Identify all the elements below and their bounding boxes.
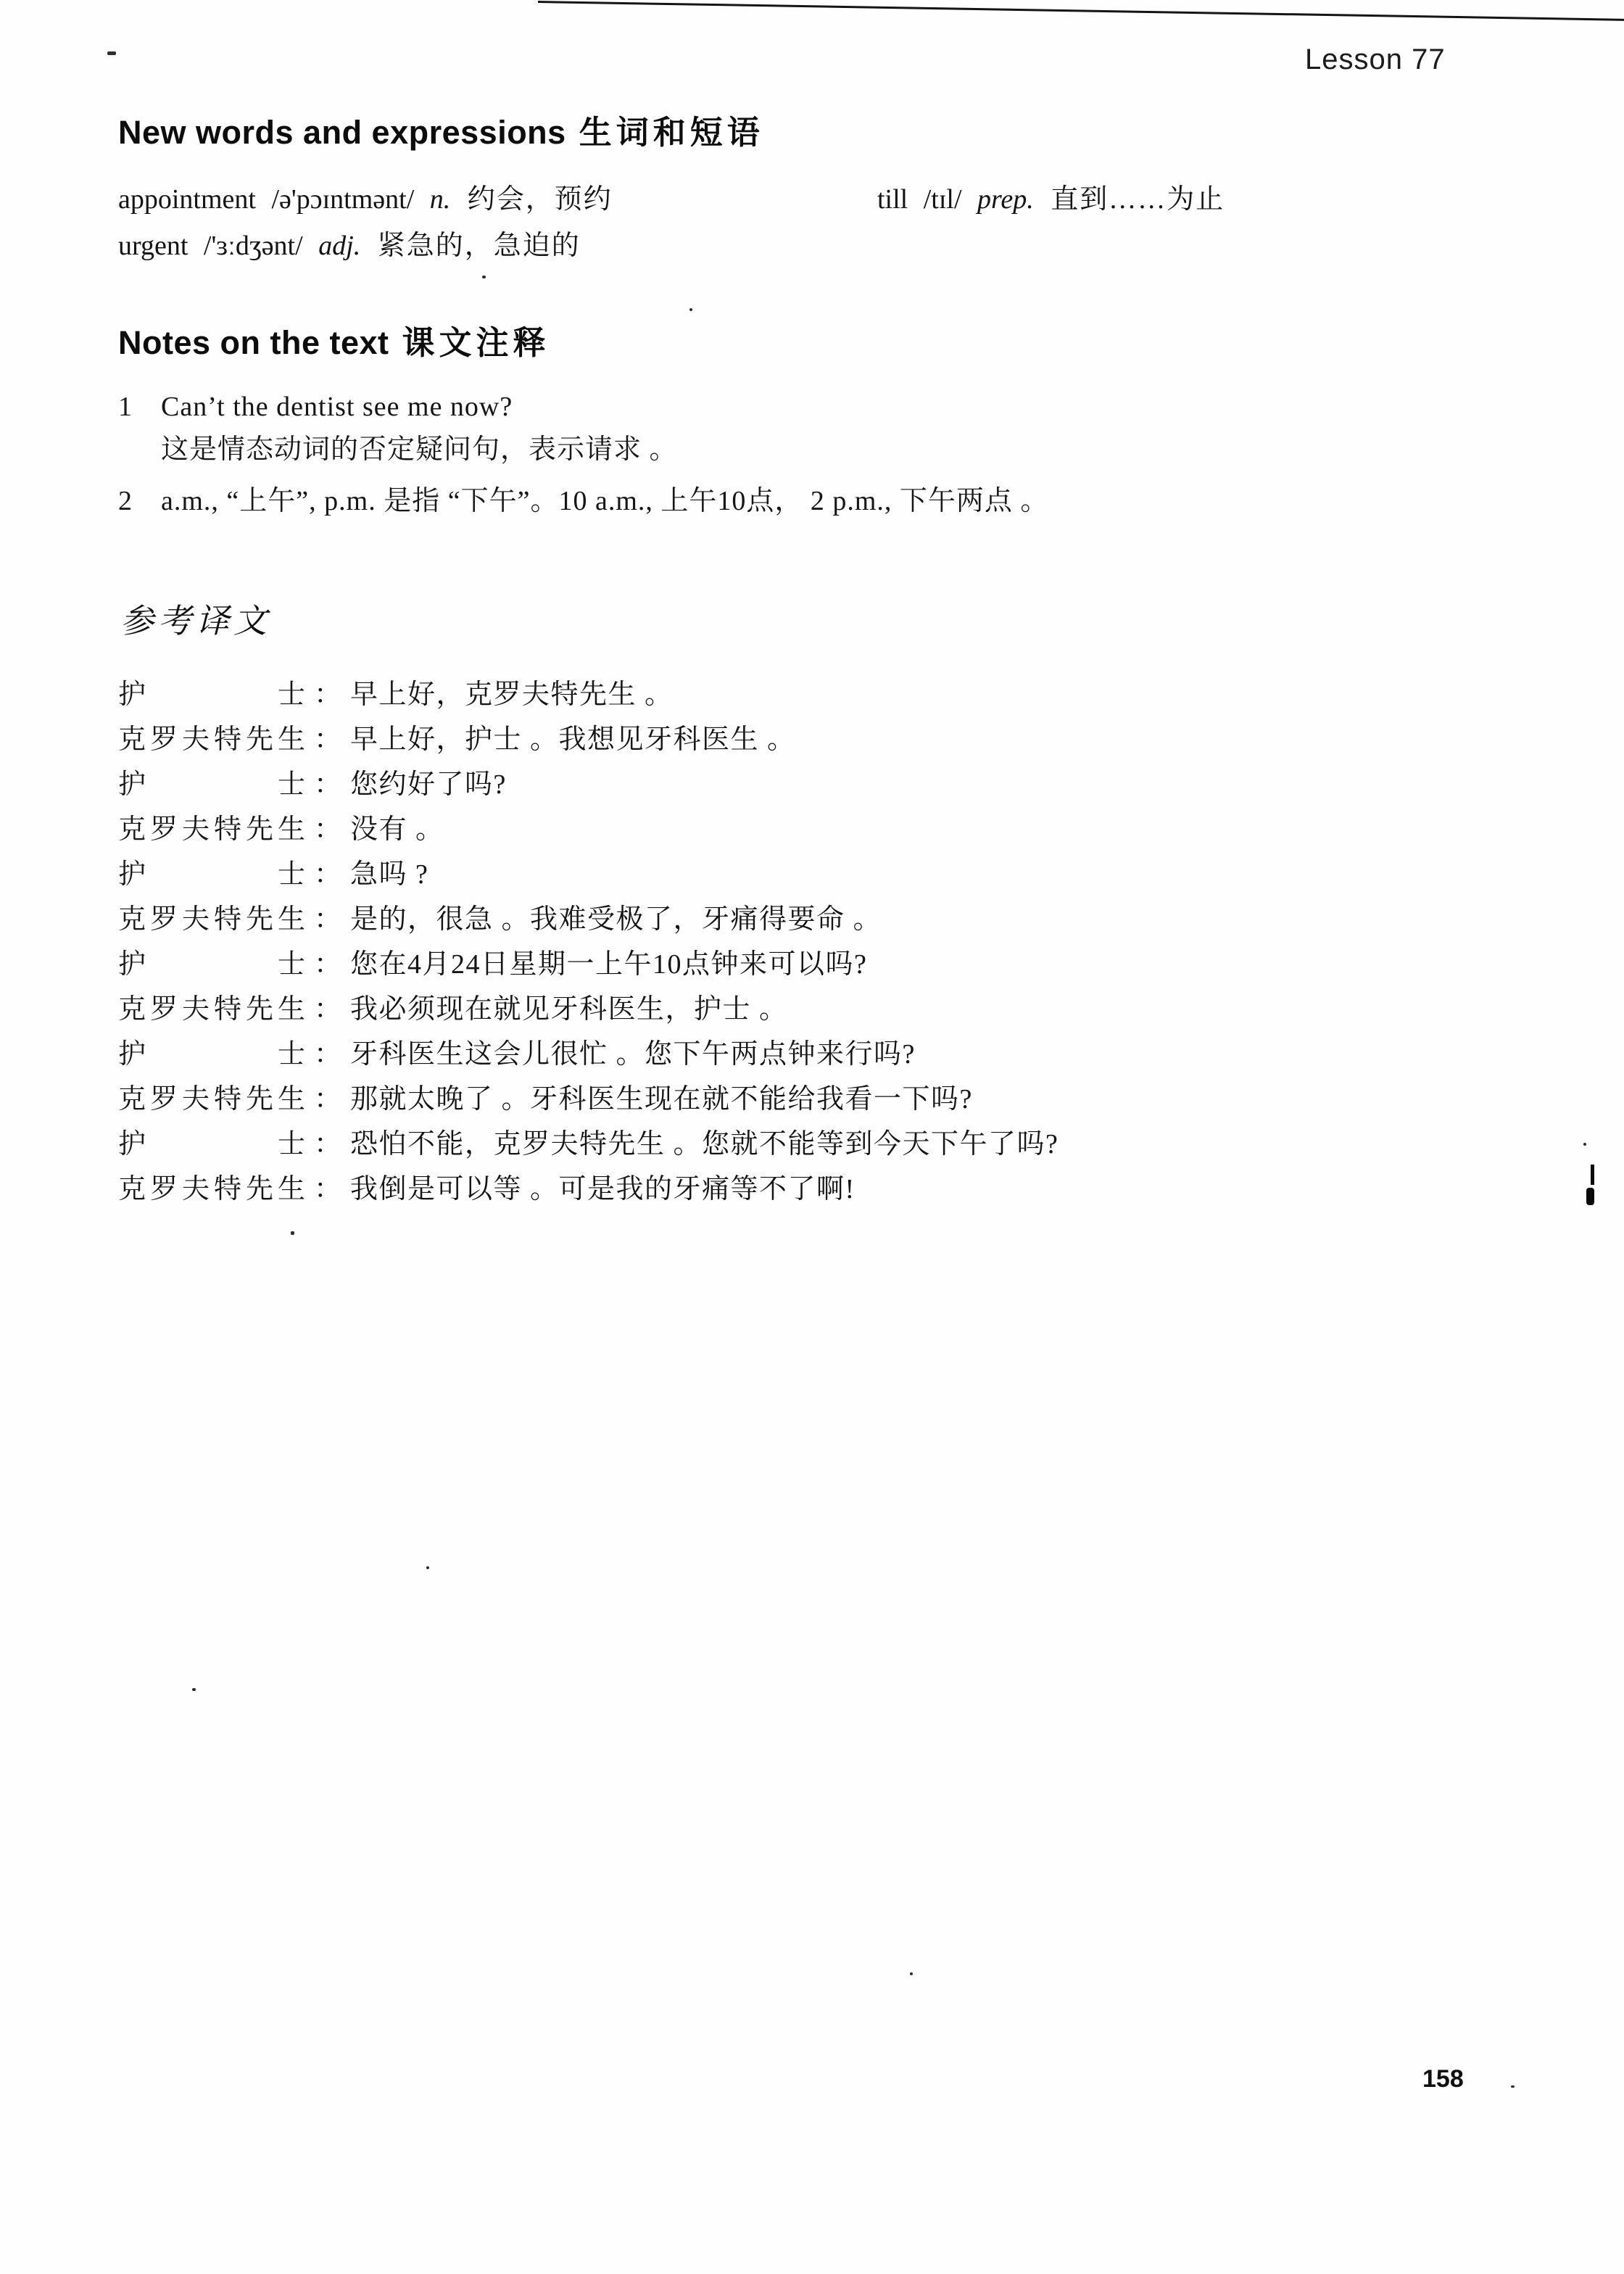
dialogue-speaker: 护士 [118, 761, 305, 801]
note-number: 2 [118, 480, 161, 523]
notes-heading: Notes on the text课文注释 [118, 316, 550, 363]
header-rule [538, 1, 1624, 21]
scan-artifact [482, 276, 486, 278]
dialogue-row: 克罗夫特先生 ： 早上好，护士 。我想见牙科医生 。 [118, 714, 1058, 758]
scan-artifact [107, 51, 116, 55]
dialogue-colon: ： [305, 1121, 350, 1161]
note-number: 1 [118, 386, 161, 429]
dialogue-text: 我必须现在就见牙科医生，护士 。 [350, 986, 788, 1026]
dialogue-text: 急吗 ? [350, 851, 428, 891]
dialogue-text: 是的，很急 。我难受极了，牙痛得要命 。 [350, 896, 882, 936]
vocab-phonetic: /'ɜːdʒənt/ [204, 231, 303, 261]
vocab-entry-urgent: urgent /'ɜːdʒənt/ adj. 紧急的，急迫的 [118, 223, 581, 262]
dialogue-colon: ： [305, 1166, 350, 1206]
translation-heading: 参考译文 [120, 595, 271, 642]
new-words-heading: New words and expressions生词和短语 [118, 106, 764, 153]
dialogue-speaker: 克罗夫特先生 [118, 896, 305, 936]
dialogue-colon: ： [305, 896, 350, 936]
vocab-word: till [877, 184, 908, 215]
vocab-word: appointment [118, 184, 256, 215]
dialogue-row: 克罗夫特先生 ： 没有 。 [118, 803, 1058, 848]
vocab-word: urgent [118, 231, 188, 261]
dialogue-row: 护士 ： 恐怕不能，克罗夫特先生 。您就不能等到今天下午了吗? [118, 1118, 1058, 1163]
dialogue-speaker: 克罗夫特先生 [118, 1166, 305, 1206]
scan-artifact [192, 1688, 196, 1691]
dialogue-colon: ： [305, 851, 350, 891]
notes-heading-en: Notes on the text [118, 324, 389, 361]
dialogue-speaker: 克罗夫特先生 [118, 806, 305, 846]
dialogue-text: 早上好，护士 。我想见牙科医生 。 [350, 716, 796, 756]
scan-artifact [426, 1566, 429, 1569]
note-line: Can’t the dentist see me now? [161, 386, 678, 429]
page-number: 158 [1422, 2065, 1464, 2093]
scan-artifact [291, 1231, 294, 1235]
dialogue-text: 您约好了吗? [350, 761, 507, 801]
vocab-meaning: 约会，预约 [468, 184, 613, 215]
dialogue-row: 克罗夫特先生 ： 是的，很急 。我难受极了，牙痛得要命 。 [118, 893, 1058, 938]
dialogue-row: 护士 ： 牙科医生这会儿很忙 。您下午两点钟来行吗? [118, 1028, 1058, 1073]
dialogue-row: 克罗夫特先生 ： 我必须现在就见牙科医生，护士 。 [118, 983, 1058, 1028]
vocab-phonetic: /tɪl/ [924, 184, 962, 215]
notes-heading-zh: 课文注释 [402, 324, 550, 361]
vocab-meaning: 紧急的，急迫的 [378, 231, 581, 261]
dialogue-text: 您在4月24日星期一上午10点钟来可以吗? [350, 941, 867, 981]
dialogue-text: 没有 。 [350, 806, 444, 846]
scan-artifact [1511, 2085, 1515, 2088]
dialogue-text: 早上好，克罗夫特先生 。 [350, 671, 674, 711]
dialogue-colon: ： [305, 671, 350, 711]
dialogue-text: 牙科医生这会儿很忙 。您下午两点钟来行吗? [350, 1031, 916, 1071]
scan-edge-mark [1586, 1188, 1594, 1205]
note-line: a.m., “上午”, p.m. 是指 “下午”。10 a.m., 上午10点，… [161, 480, 1048, 523]
dialogue-colon: ： [305, 941, 350, 981]
dialogue-row: 护士 ： 您在4月24日星期一上午10点钟来可以吗? [118, 938, 1058, 983]
dialogue-speaker: 护士 [118, 671, 305, 711]
dialogue-speaker: 护士 [118, 1121, 305, 1161]
dialogue-speaker: 克罗夫特先生 [118, 986, 305, 1026]
dialogue-row: 护士 ： 急吗 ? [118, 848, 1058, 893]
dialogue-speaker: 护士 [118, 851, 305, 891]
scan-artifact [910, 1972, 913, 1975]
vocab-pos: adj. [318, 231, 360, 261]
dialogue-colon: ： [305, 986, 350, 1026]
dialogue-row: 克罗夫特先生 ： 我倒是可以等 。可是我的牙痛等不了啊! [118, 1163, 1058, 1208]
dialogue-colon: ： [305, 716, 350, 756]
scan-artifact [689, 308, 692, 311]
dialogue-row: 护士 ： 您约好了吗? [118, 758, 1058, 803]
note-item-1: 1 Can’t the dentist see me now? 这是情态动词的否… [118, 386, 678, 471]
vocab-entry-appointment: appointment /ə'pɔɪntmənt/ n. 约会，预约 [118, 176, 613, 216]
dialogue-text: 那就太晚了 。牙科医生现在就不能给我看一下吗? [350, 1076, 973, 1116]
vocab-meaning: 直到……为止 [1051, 184, 1225, 215]
note-item-2: 2 a.m., “上午”, p.m. 是指 “下午”。10 a.m., 上午10… [118, 480, 1048, 523]
vocab-pos: n. [430, 184, 451, 215]
dialogue-text: 我倒是可以等 。可是我的牙痛等不了啊! [350, 1166, 855, 1206]
dialogue-colon: ： [305, 1031, 350, 1071]
dialogue-block: 护士 ： 早上好，克罗夫特先生 。 克罗夫特先生 ： 早上好，护士 。我想见牙科… [118, 669, 1058, 1208]
scan-artifact [1583, 1143, 1586, 1146]
new-words-heading-en: New words and expressions [118, 114, 566, 151]
dialogue-colon: ： [305, 761, 350, 801]
new-words-heading-zh: 生词和短语 [579, 114, 764, 151]
dialogue-speaker: 护士 [118, 1031, 305, 1071]
vocab-pos: prep. [977, 184, 1034, 215]
dialogue-colon: ： [305, 1076, 350, 1116]
dialogue-colon: ： [305, 806, 350, 846]
dialogue-speaker: 克罗夫特先生 [118, 1076, 305, 1116]
lesson-label: Lesson 77 [1305, 44, 1446, 76]
dialogue-row: 护士 ： 早上好，克罗夫特先生 。 [118, 669, 1058, 714]
dialogue-speaker: 克罗夫特先生 [118, 716, 305, 756]
dialogue-speaker: 护士 [118, 941, 305, 981]
vocab-phonetic: /ə'pɔɪntmənt/ [271, 184, 414, 215]
dialogue-text: 恐怕不能，克罗夫特先生 。您就不能等到今天下午了吗? [350, 1121, 1058, 1161]
vocab-entry-till: till /tɪl/ prep. 直到……为止 [877, 176, 1225, 216]
scanned-textbook-page: Lesson 77 New words and expressions生词和短语… [0, 0, 1624, 2274]
scan-edge-mark [1591, 1165, 1594, 1185]
dialogue-row: 克罗夫特先生 ： 那就太晚了 。牙科医生现在就不能给我看一下吗? [118, 1073, 1058, 1118]
note-line: 这是情态动词的否定疑问句，表示请求 。 [161, 429, 678, 471]
